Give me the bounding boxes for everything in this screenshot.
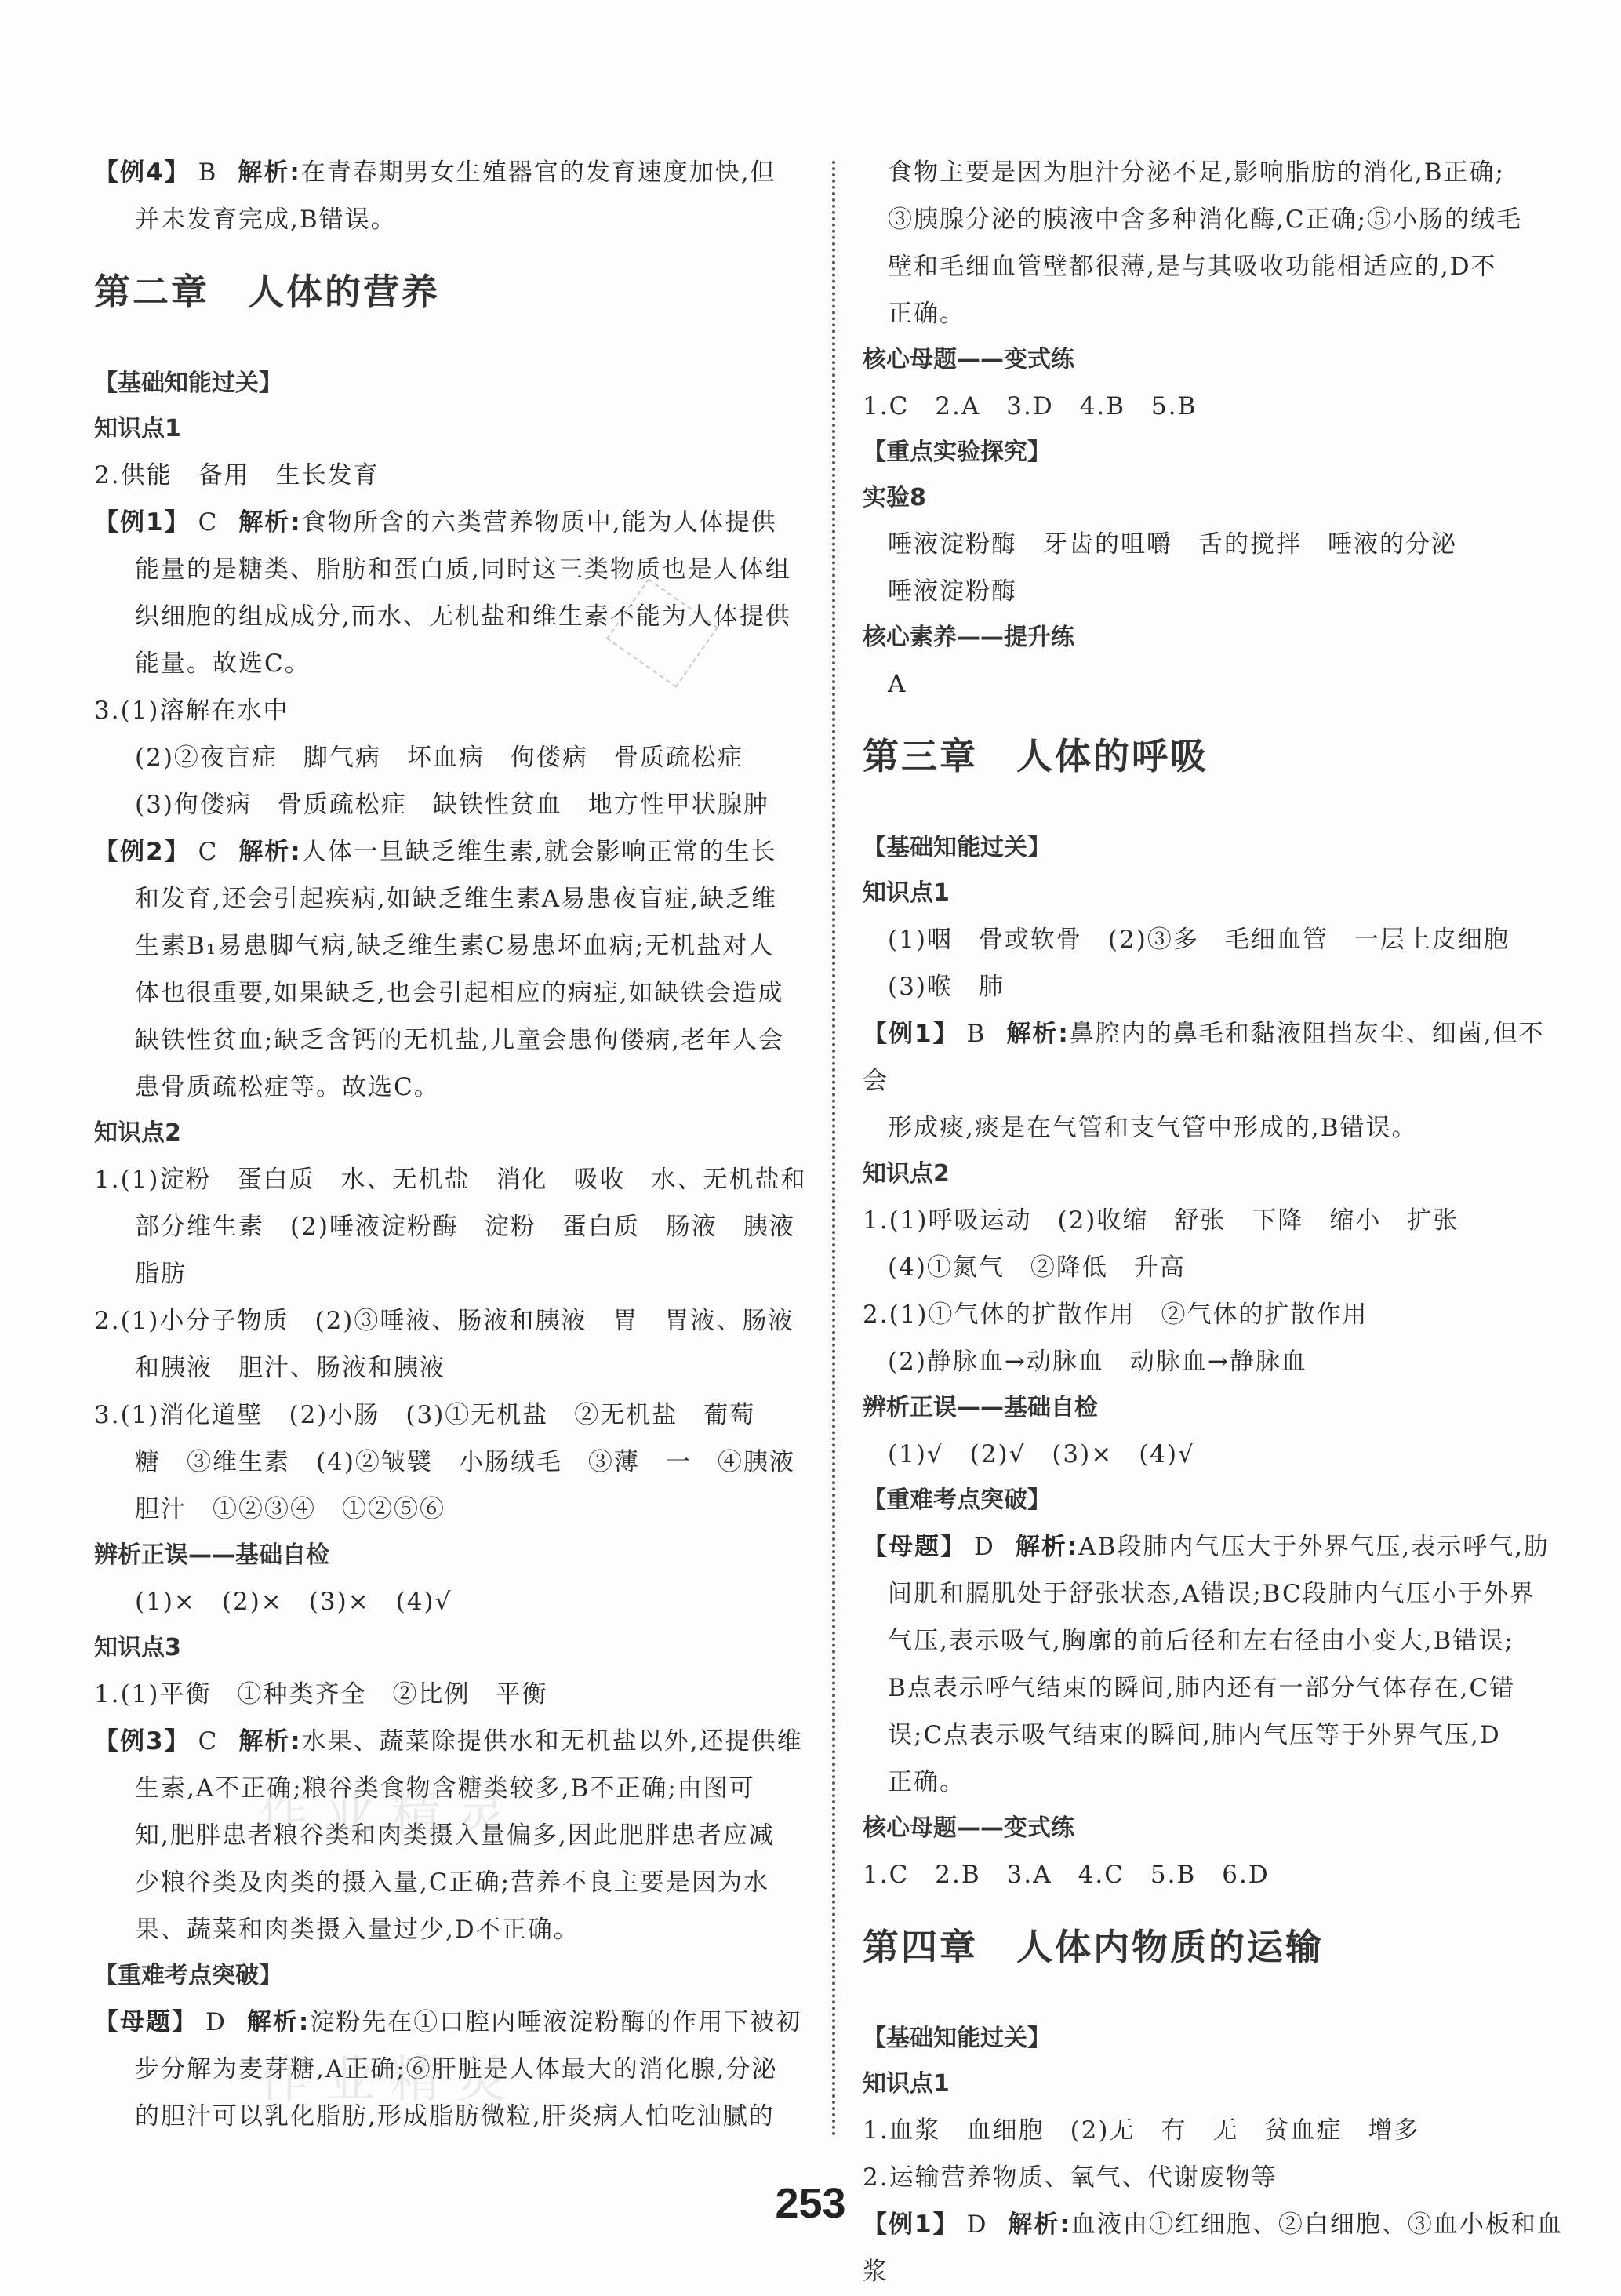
example-1: 【例1】C解析:食物所含的六类营养物质中,能为人体提供: [94, 499, 812, 546]
experiment-title: 实验8: [863, 475, 1568, 521]
example-1-line: 能量的是糖类、脂肪和蛋白质,同时这三类物质也是人体组: [94, 546, 812, 593]
chapter-4-title: 第四章 人体内物质的运输: [863, 1922, 1568, 1972]
variant-practice-answers: 1.C 2.B 3.A 4.C 5.B 6.D: [863, 1851, 1568, 1898]
answer-line: 脂肪: [94, 1250, 812, 1297]
self-check-answers: (1)√ (2)√ (3)× (4)√: [863, 1431, 1568, 1478]
right-column: 食物主要是因为胆汁分泌不足,影响脂肪的消化,B正确; ③胰腺分泌的胰液中含多种消…: [863, 149, 1568, 2295]
answer-line: 2.(1)①气体的扩散作用 ②气体的扩散作用: [863, 1291, 1568, 1338]
example-2-line: 患骨质疏松症等。故选C。: [94, 1064, 812, 1111]
example-3-line: 果、蔬菜和肉类摄入量过少,D不正确。: [94, 1906, 812, 1953]
answer-line: (3)佝偻病 骨质疏松症 缺铁性贫血 地方性甲状腺肿: [94, 781, 812, 828]
self-check-answers: (1)× (2)× (3)× (4)√: [94, 1578, 812, 1625]
mother-question-line: 误;C点表示吸气结束的瞬间,肺内气压等于外界气压,D: [863, 1712, 1568, 1759]
answer-line: 糖 ③维生素 (4)②皱襞 小肠绒毛 ③薄 一 ④胰液: [94, 1439, 812, 1486]
mother-question-line: 食物主要是因为胆汁分泌不足,影响脂肪的消化,B正确;: [863, 149, 1568, 196]
knowledge-point-1: 知识点1: [863, 2061, 1568, 2107]
example-1-line: 形成痰,痰是在气管和支气管中形成的,B错误。: [863, 1104, 1568, 1152]
core-literacy-title: 核心素养——提升练: [863, 615, 1568, 660]
example-2-line: 缺铁性贫血;缺乏含钙的无机盐,儿童会患佝偻病,老年人会: [94, 1017, 812, 1064]
knowledge-point-1: 知识点1: [863, 871, 1568, 916]
mother-question-line: 间肌和膈肌处于舒张状态,A错误;BC段肺内气压小于外界: [863, 1570, 1568, 1617]
answer-line: (1)咽 骨或软骨 (2)③多 毛细血管 一层上皮细胞: [863, 916, 1568, 963]
variant-practice-title: 核心母题——变式练: [863, 337, 1568, 383]
watermark: 作业精灵: [259, 1773, 522, 1845]
section-basic: 【基础知能过关】: [94, 361, 812, 406]
answer-line: (2)静脉血→动脉血 动脉血→静脉血: [863, 1338, 1568, 1385]
answer-line: 1.(1)平衡 ①种类齐全 ②比例 平衡: [94, 1671, 812, 1718]
answer-line: 2.(1)小分子物质 (2)③唾液、肠液和胰液 胃 胃液、肠液: [94, 1297, 812, 1344]
experiment-line: 唾液淀粉酶: [863, 568, 1568, 615]
section-key-points: 【重难考点突破】: [94, 1953, 812, 1999]
experiment-line: 唾液淀粉酶 牙齿的咀嚼 舌的搅拌 唾液的分泌: [863, 521, 1568, 568]
mother-question-line: 壁和毛细血管壁都很薄,是与其吸收功能相适应的,D不: [863, 243, 1568, 290]
mother-question-line: ③胰腺分泌的胰液中含多种消化酶,C正确;⑤小肠的绒毛: [863, 196, 1568, 243]
example-2-line: 生素B₁易患脚气病,缺乏维生素C易患坏血病;无机盐对人: [94, 922, 812, 970]
mother-question-line: 正确。: [863, 1759, 1568, 1806]
answer-line: 1.(1)呼吸运动 (2)收缩 舒张 下降 缩小 扩张: [863, 1197, 1568, 1244]
example-2-line: 体也很重要,如果缺乏,也会引起相应的病症,如缺铁会造成: [94, 970, 812, 1017]
answer-line: 3.(1)消化道壁 (2)小肠 (3)①无机盐 ②无机盐 葡萄: [94, 1392, 812, 1439]
mother-question-line: B点表示呼气结束的瞬间,肺内还有一部分气体存在,C错: [863, 1665, 1568, 1712]
watermark: 作业精灵: [259, 2039, 522, 2112]
example-4-line: 并未发育完成,B错误。: [94, 196, 812, 243]
knowledge-point-3: 知识点3: [94, 1625, 812, 1671]
self-check-title: 辨析正误——基础自检: [863, 1385, 1568, 1431]
mother-question: 【母题】D解析:AB段肺内气压大于外界气压,表示呼气,肋: [863, 1523, 1568, 1570]
answer-line: 部分维生素 (2)唾液淀粉酶 淀粉 蛋白质 肠液 胰液: [94, 1203, 812, 1250]
example-3-line: 少粮谷类及肉类的摄入量,C正确;营养不良主要是因为水: [94, 1859, 812, 1906]
knowledge-point-1: 知识点1: [94, 406, 812, 452]
column-divider: [832, 161, 835, 2138]
answer-line: 和胰液 胆汁、肠液和胰液: [94, 1344, 812, 1392]
variant-practice-title: 核心母题——变式练: [863, 1806, 1568, 1851]
mother-question-line: 正确。: [863, 290, 1568, 337]
answer-line: (4)①氮气 ②降低 升高: [863, 1244, 1568, 1291]
section-basic: 【基础知能过关】: [863, 825, 1568, 871]
section-experiment: 【重点实验探究】: [863, 430, 1568, 475]
self-check-title: 辨析正误——基础自检: [94, 1533, 812, 1578]
section-basic: 【基础知能过关】: [863, 2016, 1568, 2061]
example-3: 【例3】C解析:水果、蔬菜除提供水和无机盐以外,还提供维: [94, 1718, 812, 1765]
example-1: 【例1】B解析:鼻腔内的鼻毛和黏液阻挡灰尘、细菌,但不会: [863, 1010, 1568, 1104]
example-4: 【例4】B解析:在青春期男女生殖器官的发育速度加快,但: [94, 149, 812, 196]
variant-practice-answers: 1.C 2.A 3.D 4.B 5.B: [863, 383, 1568, 430]
knowledge-point-2: 知识点2: [94, 1111, 812, 1156]
section-key-points: 【重难考点突破】: [863, 1478, 1568, 1523]
chapter-2-title: 第二章 人体的营养: [94, 267, 812, 317]
knowledge-point-2: 知识点2: [863, 1152, 1568, 1197]
mother-question: 【母题】D解析:淀粉先在①口腔内唾液淀粉酶的作用下被初: [94, 1999, 812, 2046]
example-2: 【例2】C解析:人体一旦缺乏维生素,就会影响正常的生长: [94, 828, 812, 875]
answer-line: 2.供能 备用 生长发育: [94, 452, 812, 499]
answer-line: 3.(1)溶解在水中: [94, 687, 812, 734]
page-number: 253: [0, 2179, 1621, 2228]
core-literacy-answer: A: [863, 660, 1568, 708]
answer-line: 胆汁 ①②③④ ①②⑤⑥: [94, 1486, 812, 1533]
answer-line: 1.血浆 血细胞 (2)无 有 无 贫血症 增多: [863, 2107, 1568, 2154]
answer-line: (3)喉 肺: [863, 963, 1568, 1010]
mother-question-line: 气压,表示吸气,胸廓的前后径和左右径由小变大,B错误;: [863, 1617, 1568, 1665]
chapter-3-title: 第三章 人体的呼吸: [863, 731, 1568, 781]
answer-line: 1.(1)淀粉 蛋白质 水、无机盐 消化 吸收 水、无机盐和: [94, 1156, 812, 1203]
example-2-line: 和发育,还会引起疾病,如缺乏维生素A易患夜盲症,缺乏维: [94, 875, 812, 922]
answer-line: (2)②夜盲症 脚气病 坏血病 佝偻病 骨质疏松症: [94, 734, 812, 781]
